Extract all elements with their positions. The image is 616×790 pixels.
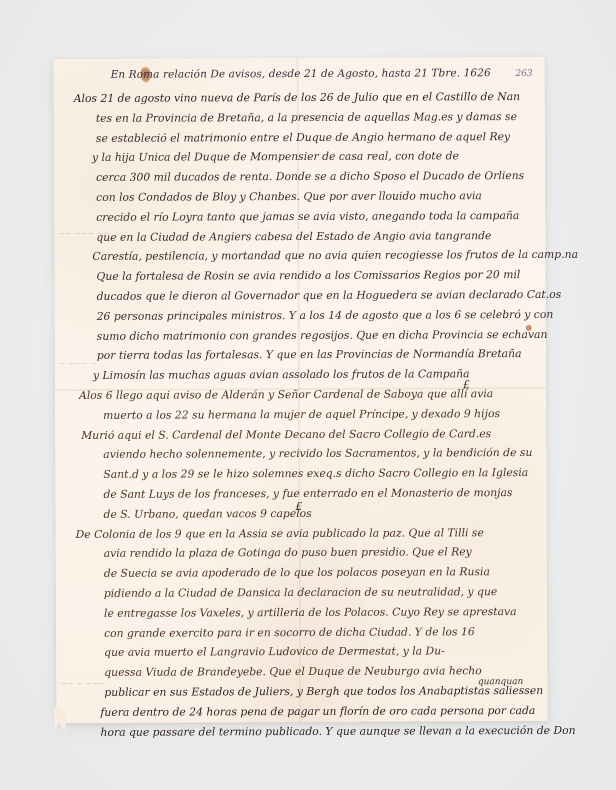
text-line: y Limosín las muchas aguas avian assolad…	[75, 364, 540, 386]
text-line: Alos 6 llego aqui aviso de Alderán y Señ…	[75, 384, 540, 406]
text-line: Murió aqui el S. Cardenal del Monte Deca…	[75, 424, 540, 446]
text-line: avia rendido la plaza de Gotinga do puso…	[76, 542, 541, 564]
text-line: que en la Ciudad de Angiers cabesa del E…	[74, 226, 539, 248]
text-line: ducados que le dieron al Governador que …	[75, 285, 540, 307]
text-line: sumo dicho matrimonio con grandes regosi…	[75, 325, 540, 347]
text-line: Alos 21 de agosto vino nueva de París de…	[74, 87, 539, 109]
text-line: Que la fortalesa de Rosin se avia rendid…	[74, 265, 539, 287]
text-line: con los Condados de Bloy y Chanbes. Que …	[74, 186, 539, 208]
text-line: pidiendo a la Ciudad de Dansica la decla…	[76, 582, 541, 604]
folio-number: 263	[515, 69, 532, 79]
text-line: cerca 300 mil ducados de renta. Donde se…	[74, 166, 539, 188]
margin-mark: £	[463, 378, 470, 391]
text-line: por tierra todas las fortalesas. Y que e…	[75, 344, 540, 366]
text-line: De Colonia de los 9 que en la Assia se a…	[76, 522, 541, 544]
text-line: de Suecia se avia apoderado de lo que lo…	[76, 562, 541, 584]
text-line: hora que passare del termino publicado. …	[76, 720, 541, 742]
text-line: muerto a los 22 su hermana la mujer de a…	[75, 404, 540, 426]
text-line: se estableció el matrimonio entre el Duq…	[74, 127, 539, 149]
letter-heading: En Roma relación De avisos, desde 21 de …	[111, 67, 491, 81]
text-line: tes en la Provincia de Bretaña, a la pre…	[74, 107, 539, 129]
manuscript-page: 263 En Roma relación De avisos, desde 21…	[54, 57, 548, 723]
text-line: aviendo hecho solennemente, y recivido l…	[75, 443, 540, 465]
letter-body: Alos 21 de agosto vino nueva de París de…	[74, 87, 542, 742]
text-line: de Sant Luys de los franceses, y fue ent…	[75, 483, 540, 505]
text-line: Carestía, pestilencia, y mortandad que n…	[74, 245, 539, 267]
text-line: de S. Urbano, quedan vacos 9 capelos	[75, 503, 540, 525]
text-line: publicar en sus Estados de Juliers, y Be…	[76, 681, 541, 703]
text-line: que avia muerto el Langravio Ludovico de…	[76, 641, 541, 663]
text-line: y la hija Unica del Duque de Mompensier …	[74, 146, 539, 168]
text-line: 26 personas principales ministros. Y a l…	[75, 305, 540, 327]
text-line: Sant.d y a los 29 se le hizo solemnes ex…	[75, 463, 540, 485]
margin-mark: £	[295, 500, 302, 513]
text-line: fuera dentro de 24 horas pena de pagar u…	[76, 701, 541, 723]
catchword: quanquan	[478, 677, 523, 687]
text-line: quessa Viuda de Brandeyebe. Que el Duque…	[76, 661, 541, 683]
text-line: le entregasse los Vaxeles, y artilleria …	[76, 602, 541, 624]
text-line: crecido el río Loyra tanto que jamas se …	[74, 206, 539, 228]
text-line: con grande exercito para ir en socorro d…	[76, 621, 541, 643]
